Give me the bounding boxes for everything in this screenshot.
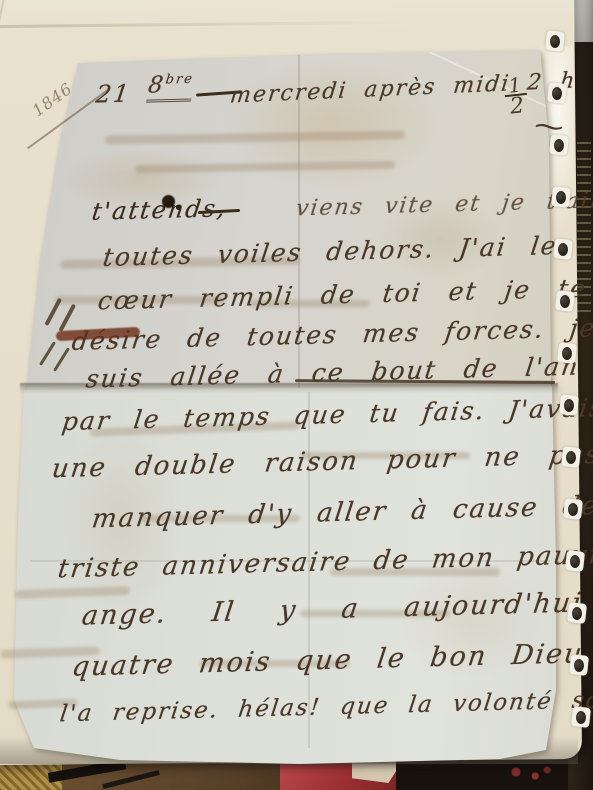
letter-line-faint: viens vite et je t'aime: [294, 188, 593, 222]
fraction-numerator: 1: [508, 75, 523, 94]
ink-blot: [162, 195, 175, 208]
header-fraction: 1 2: [503, 75, 529, 118]
header-month-sup: bre: [165, 72, 195, 88]
binder-hole: [564, 449, 579, 466]
binder-hole: [550, 85, 565, 102]
archive-annotation: 1846: [29, 79, 76, 121]
letter-line: quatre mois que le bon Dieu me: [70, 636, 593, 682]
binder-hole: [566, 501, 581, 518]
binder-hole: [562, 397, 577, 414]
letter-line: l'a reprise. hélas! que la volonté soit: [58, 687, 593, 728]
pen-slash-mark: [53, 347, 70, 371]
pen-slash-mark: [44, 298, 61, 326]
binder-hole: [556, 241, 571, 258]
binder-hole: [554, 189, 569, 206]
binder-hole: [572, 657, 587, 674]
binder-hole: [552, 137, 567, 154]
letter-line: manquer d'y aller à cause de —: [90, 490, 593, 535]
binder-hole: [548, 33, 563, 50]
binder-hole: [560, 345, 575, 362]
letter-line: désire de toutes mes forces. je: [70, 313, 593, 356]
binder-hole: [558, 293, 573, 310]
fraction-denominator: 2: [505, 93, 529, 118]
binder-hole: [568, 553, 583, 570]
ink-blot-small: [176, 205, 181, 210]
letter-line: triste anniversaire de mon pauvre: [56, 540, 593, 585]
photo-of-letter: 1846 21 8bre mercredi après midi 2 h 1 2…: [0, 0, 593, 790]
header-month-base: 8: [147, 72, 167, 99]
letter-line: une double raison pour ne pas: [50, 440, 593, 484]
letter-line: cœur rempli de toi et je te: [96, 274, 589, 316]
ink-layer: 1846 21 8bre mercredi après midi 2 h 1 2…: [0, 0, 593, 790]
header-month: 8bre: [146, 71, 195, 102]
pen-slash-mark: [39, 341, 56, 365]
letter-line: toutes voiles dehors. J'ai le: [101, 231, 559, 272]
header-day: 21: [94, 79, 132, 108]
letter-line: par le temps que tu fais. J'avais: [60, 393, 593, 436]
letter-line: suis allée à ce bout de l'an: [84, 351, 581, 393]
binder-hole: [574, 709, 589, 726]
letter-line: ange. Il y a aujourd'hui: [80, 587, 585, 631]
binder-hole: [570, 605, 585, 622]
